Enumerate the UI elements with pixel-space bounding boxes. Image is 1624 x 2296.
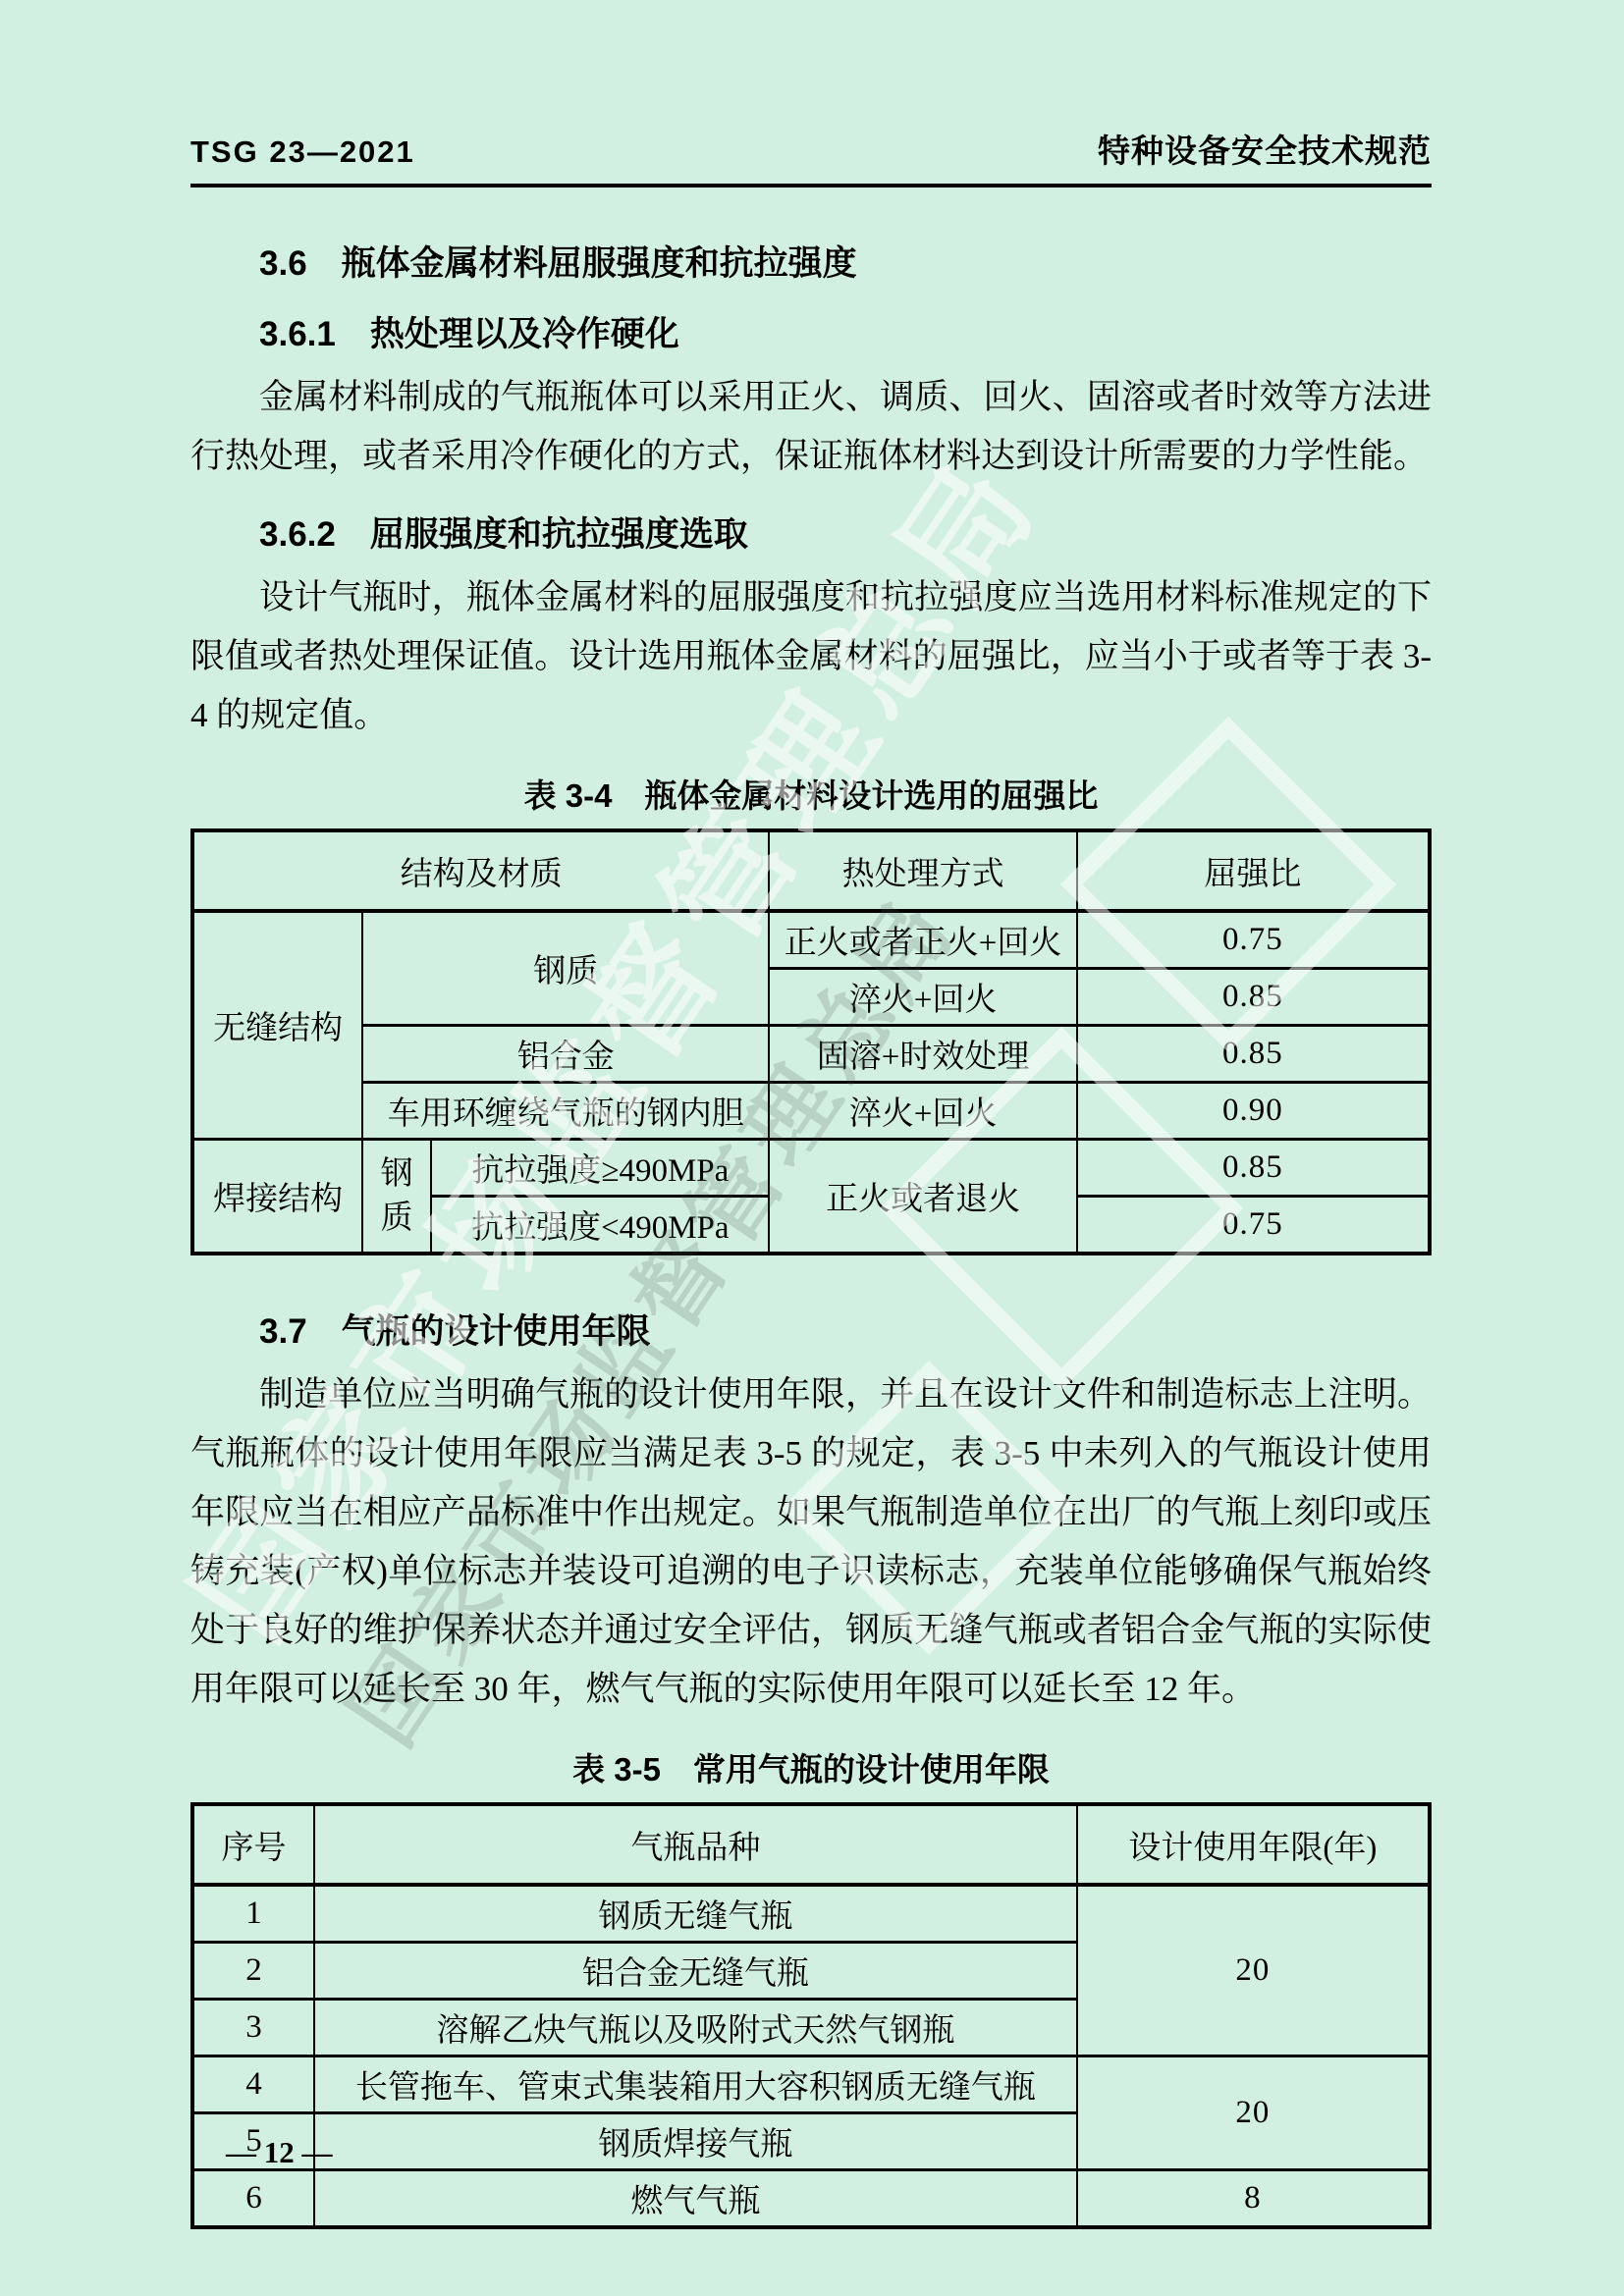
cell-type: 溶解乙炔气瓶以及吸附式天然气钢瓶 <box>314 2000 1077 2056</box>
cell-treatment: 正火或者正火+回火 <box>769 911 1076 969</box>
table-3-4-caption: 表 3-4 瓶体金属材料设计选用的屈强比 <box>190 771 1432 817</box>
table-row: 铝合金 固溶+时效处理 0.85 <box>192 1026 1430 1083</box>
section-3-6-heading: 3.6 瓶体金属材料屈服强度和抗拉强度 <box>190 237 1432 286</box>
table-row: 结构及材质 热处理方式 屈强比 <box>192 830 1430 911</box>
table-3-5: 序号 气瓶品种 设计使用年限(年) 1 钢质无缝气瓶 20 2 铝合金无缝气瓶 … <box>190 1802 1432 2229</box>
cell-treatment: 淬火+回火 <box>769 969 1076 1026</box>
cell-treatment: 淬火+回火 <box>769 1083 1076 1140</box>
section-3-7-paragraph: 制造单位应当明确气瓶的设计使用年限，并且在设计文件和制造标志上注明。气瓶瓶体的设… <box>190 1365 1432 1719</box>
cell-no: 3 <box>192 2000 314 2056</box>
cell-welded-steel: 钢质 <box>362 1140 431 1255</box>
page-header: TSG 23—2021 特种设备安全技术规范 <box>190 126 1432 187</box>
section-3-6-1-paragraph: 金属材料制成的气瓶瓶体可以采用正火、调质、回火、固溶或者时效等方法进行热处理，或… <box>190 368 1432 486</box>
cell-years: 8 <box>1077 2170 1430 2228</box>
section-3-6-1-heading: 3.6.1 热处理以及冷作硬化 <box>190 307 1432 356</box>
cell-no: 4 <box>192 2056 314 2113</box>
document-title: 特种设备安全技术规范 <box>1098 126 1432 172</box>
table-3-4: 结构及材质 热处理方式 屈强比 无缝结构 钢质 正火或者正火+回火 0.75 淬… <box>190 828 1432 1255</box>
cell-years: 20 <box>1077 1885 1430 2056</box>
cell-type: 铝合金无缝气瓶 <box>314 1943 1077 2000</box>
cell-treatment: 固溶+时效处理 <box>769 1026 1076 1083</box>
cell-ratio: 0.75 <box>1077 911 1430 969</box>
document-page: 国家市场监督管理总局 国家市场监督管理总局 TSG 23—2021 特种设备安全… <box>0 0 1624 2296</box>
col-header-type: 气瓶品种 <box>314 1804 1077 1885</box>
cell-type: 钢质焊接气瓶 <box>314 2113 1077 2170</box>
cell-material: 抗拉强度<490MPa <box>431 1197 769 1255</box>
table-row: 焊接结构 钢质 抗拉强度≥490MPa 正火或者退火 0.85 <box>192 1140 1430 1197</box>
cell-no: 1 <box>192 1885 314 1943</box>
col-header-structure: 结构及材质 <box>192 830 769 911</box>
cell-type: 钢质无缝气瓶 <box>314 1885 1077 1943</box>
table-row: 序号 气瓶品种 设计使用年限(年) <box>192 1804 1430 1885</box>
cell-welded-structure: 焊接结构 <box>192 1140 362 1255</box>
cell-treatment: 正火或者退火 <box>769 1140 1076 1255</box>
section-3-6-2-paragraph: 设计气瓶时，瓶体金属材料的屈服强度和抗拉强度应当选用材料标准规定的下限值或者热处… <box>190 568 1432 745</box>
cell-no: 2 <box>192 1943 314 2000</box>
cell-type: 燃气气瓶 <box>314 2170 1077 2228</box>
document-code: TSG 23—2021 <box>190 134 415 170</box>
col-header-ratio: 屈强比 <box>1077 830 1430 911</box>
cell-steel: 钢质 <box>362 911 769 1026</box>
cell-aluminum: 铝合金 <box>362 1026 769 1083</box>
table-row: 6 燃气气瓶 8 <box>192 2170 1430 2228</box>
cell-seamless-structure: 无缝结构 <box>192 911 362 1140</box>
col-header-no: 序号 <box>192 1804 314 1885</box>
cell-liner: 车用环缠绕气瓶的钢内胆 <box>362 1083 769 1140</box>
table-row: 车用环缠绕气瓶的钢内胆 淬火+回火 0.90 <box>192 1083 1430 1140</box>
cell-ratio: 0.85 <box>1077 1140 1430 1197</box>
page-number: — 12 — <box>226 2135 333 2170</box>
table-row: 4 长管拖车、管束式集装箱用大容积钢质无缝气瓶 20 <box>192 2056 1430 2113</box>
cell-no: 6 <box>192 2170 314 2228</box>
section-3-7-heading: 3.7 气瓶的设计使用年限 <box>190 1305 1432 1354</box>
cell-material: 抗拉强度≥490MPa <box>431 1140 769 1197</box>
cell-ratio: 0.85 <box>1077 1026 1430 1083</box>
section-3-6-2-heading: 3.6.2 屈服强度和抗拉强度选取 <box>190 507 1432 557</box>
table-row: 无缝结构 钢质 正火或者正火+回火 0.75 <box>192 911 1430 969</box>
col-header-treatment: 热处理方式 <box>769 830 1076 911</box>
cell-type: 长管拖车、管束式集装箱用大容积钢质无缝气瓶 <box>314 2056 1077 2113</box>
cell-ratio: 0.75 <box>1077 1197 1430 1255</box>
cell-ratio: 0.85 <box>1077 969 1430 1026</box>
table-3-5-caption: 表 3-5 常用气瓶的设计使用年限 <box>190 1744 1432 1790</box>
cell-ratio: 0.90 <box>1077 1083 1430 1140</box>
cell-years: 20 <box>1077 2056 1430 2170</box>
table-row: 1 钢质无缝气瓶 20 <box>192 1885 1430 1943</box>
col-header-years: 设计使用年限(年) <box>1077 1804 1430 1885</box>
